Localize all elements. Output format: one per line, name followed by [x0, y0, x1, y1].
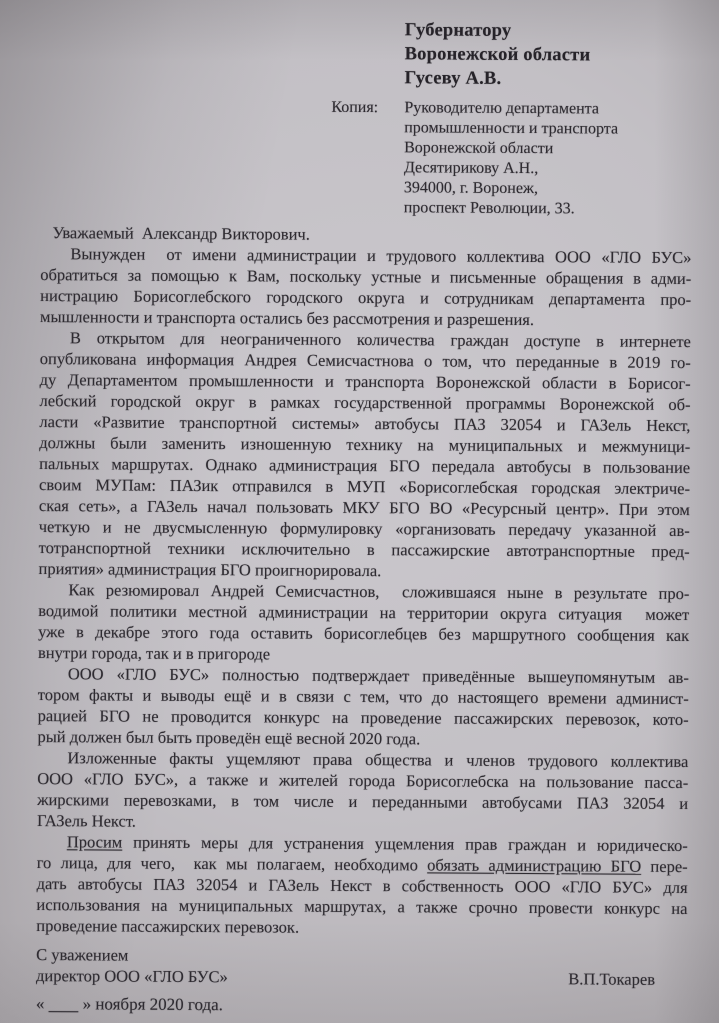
- text-segment: уже в декабре этого года оставить борисо…: [38, 622, 689, 645]
- scanned-letter-photo: ГубернаторуВоронежской областиГусеву А.В…: [0, 0, 719, 1023]
- recipient-block: ГубернаторуВоронежской областиГусеву А.В…: [404, 18, 692, 92]
- text-segment: принять меры для устранения ущемления пр…: [122, 833, 688, 855]
- text-segment: водимой политики местной администрации н…: [38, 601, 689, 624]
- text-segment: рацией БГО не проводится конкурс на пров…: [38, 706, 689, 729]
- paragraph: Просим принять меры для устранения ущемл…: [36, 831, 688, 940]
- text-segment: «: [36, 994, 49, 1013]
- text-segment: Вынужден от имени администрации и трудов…: [70, 244, 691, 267]
- recipient-line: Воронежской области: [405, 42, 693, 68]
- text-segment: В открытом для неограниченного количеств…: [70, 328, 691, 351]
- text-segment: Как резюмировал Андрей Семисчастнов, сло…: [68, 580, 689, 603]
- text-segment: должны были заменить изношенную технику …: [39, 433, 690, 456]
- text-segment: тотранспортной техники исключительно в п…: [39, 538, 690, 561]
- text-segment: Изложенные факты ущемляют права общества…: [67, 748, 688, 771]
- copy-recipient-block: Копия: Руководителю департаментапромышле…: [331, 98, 693, 220]
- date-line: « » ноября 2020 года.: [36, 993, 687, 1018]
- underlined-text: Просим: [67, 832, 123, 851]
- text-segment: использования на муниципальных маршрутах…: [36, 895, 687, 918]
- copy-address: Руководителю департаментапромышленности …: [404, 98, 619, 219]
- text-segment: тором факты и выводы ещё и в связи с тем…: [38, 685, 689, 708]
- text-segment: рый должен был быть проведён ещё весной …: [37, 727, 420, 748]
- text-segment: мышленности и транспорта остались без ра…: [40, 307, 534, 329]
- text-segment: ООО «ГЛО БУС» полностью подтверждает при…: [68, 664, 689, 687]
- text-segment: ласти «Развитие транспортной системы» ав…: [39, 412, 690, 435]
- text-segment: четкую и не двусмысленную формулировку «…: [39, 517, 690, 540]
- paragraph: ООО «ГЛО БУС» полностью подтверждает при…: [37, 663, 689, 751]
- text-segment: ООО «ГЛО БУС», а также и жителей города …: [37, 769, 688, 792]
- signer-position: директор ООО «ГЛО БУС»: [36, 965, 228, 987]
- text-segment: внутри города, так и в пригороде: [38, 643, 270, 663]
- text-segment: » ноября 2020 года.: [78, 994, 223, 1014]
- text-segment: жирскими перевозками, в том числе и пере…: [37, 790, 688, 813]
- copy-label: Копия:: [331, 98, 404, 118]
- copy-line: Десятирикову А.Н.,: [404, 158, 618, 179]
- text-segment: ская сеть», а ГАЗель начал пользовать МК…: [39, 496, 690, 519]
- paragraph: Изложенные факты ущемляют права общества…: [37, 747, 689, 835]
- text-segment: го лица, для чего, как мы полагаем, необ…: [37, 853, 428, 874]
- text-segment: пере-: [641, 857, 688, 876]
- text-segment: обратиться за помощью к Вам, поскольку у…: [40, 265, 691, 288]
- text-segment: проведение пассажирских перевозок.: [36, 916, 299, 937]
- recipient-line: Губернатору: [405, 18, 693, 44]
- text-segment: приятия» администрация БГО проигнорирова…: [38, 559, 381, 580]
- paragraph: В открытом для неограниченного количеств…: [38, 327, 691, 583]
- text-segment: пальных маршрутах. Однако администрация …: [39, 454, 690, 477]
- paragraph: Как резюмировал Андрей Семисчастнов, сло…: [38, 579, 690, 667]
- text-line: проведение пассажирских перевозок.: [36, 915, 687, 940]
- underlined-text: обязать администрацию БГО: [427, 855, 641, 875]
- paragraph: Вынужден от имени администрации и трудов…: [40, 243, 692, 331]
- underlined-text: [49, 994, 79, 1013]
- letter-content: ГубернаторуВоронежской областиГусеву А.В…: [0, 0, 719, 1023]
- text-segment: нистрацию Борисоглебского городского окр…: [40, 286, 691, 309]
- letter-body: Вынужден от имени администрации и трудов…: [36, 243, 691, 940]
- copy-line: проспект Революции, 33.: [404, 198, 618, 219]
- text-segment: ГАЗель Некст.: [37, 811, 136, 831]
- text-segment: ду Департаментом промышленности и трансп…: [40, 370, 691, 393]
- copy-line: 394000, г. Воронеж,: [404, 178, 618, 199]
- text-segment: опубликована информация Андрея Семисчаст…: [40, 349, 691, 372]
- text-segment: дать автобусы ПАЗ 32054 и ГАЗель Некст в…: [37, 874, 688, 897]
- text-segment: лебский городской округ в рамках государ…: [39, 391, 690, 414]
- copy-line: промышленности и транспорта: [404, 118, 618, 139]
- text-segment: своим МУПам: ПАЗик отправился в МУП «Бор…: [39, 475, 690, 498]
- signature-row: директор ООО «ГЛО БУС» В.П.Токарев: [36, 965, 687, 990]
- copy-line: Воронежской области: [404, 138, 618, 159]
- signer-name: В.П.Токарев: [568, 968, 655, 990]
- copy-line: Руководителю департамента: [404, 98, 618, 119]
- recipient-line: Гусеву А.В.: [404, 66, 692, 92]
